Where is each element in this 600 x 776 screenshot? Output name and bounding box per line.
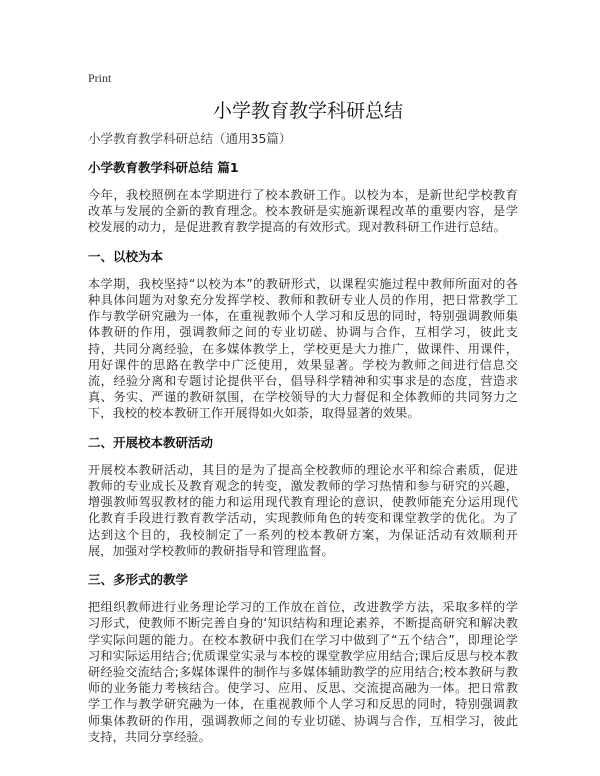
article-heading: 小学教育教学科研总结 篇1 [88,159,518,177]
section-heading-2: 二、开展校本教研活动 [88,434,518,452]
document-subtitle: 小学教育教学科研总结（通用35篇） [88,130,518,148]
section-body-2: 开展校本教研活动，其目的是为了提高全校教师的理论水平和综合素质，促进教师的专业成… [88,462,518,559]
document-page: Print 小学教育教学科研总结 小学教育教学科研总结（通用35篇） 小学教育教… [88,68,518,757]
print-label: Print [88,68,518,88]
document-title: 小学教育教学科研总结 [88,98,518,124]
section-body-1: 本学期，我校坚持“以校为本”的教研形式，以课程实施过程中教师所面对的各种具体问题… [88,276,518,422]
section-heading-3: 三、多形式的教学 [88,571,518,589]
section-body-3: 把组织教师进行业务理论学习的工作放在首位，改进教学方法，采取多样的学习形式，使教… [88,599,518,745]
intro-paragraph: 今年，我校照例在本学期进行了校本教研工作。以校为本，是新世纪学校教育改革与发展的… [88,187,518,236]
section-heading-1: 一、以校为本 [88,248,518,266]
